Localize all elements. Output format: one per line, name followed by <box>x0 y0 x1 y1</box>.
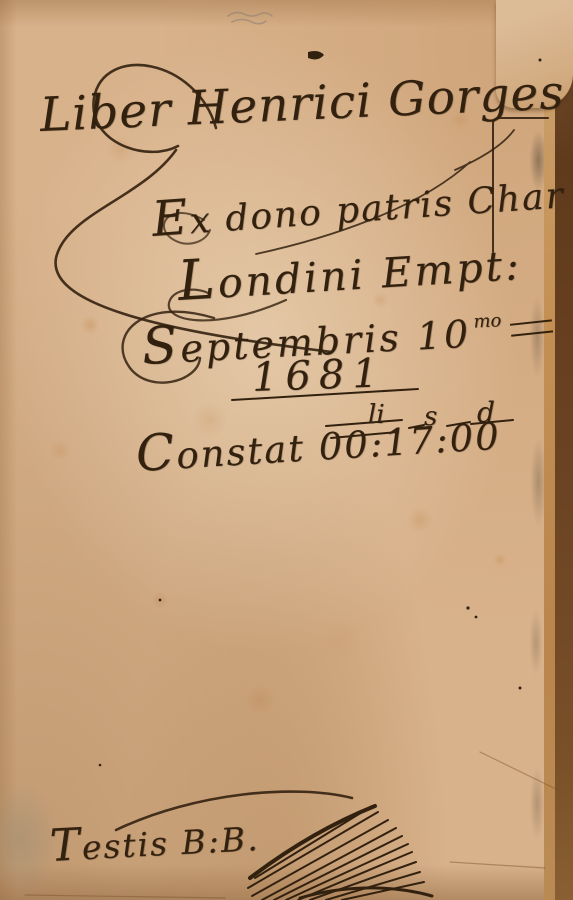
inscription-price-line: Constat 00:17:00 <box>134 408 501 480</box>
inscription-place-line: Londini Empt: <box>176 234 523 310</box>
double-dash-mark <box>510 319 553 336</box>
binding-edge <box>555 0 573 900</box>
witness-signature: Testis B:B. <box>49 813 261 868</box>
date-ordinal-superscript: mo <box>473 310 502 332</box>
pencil-smudge <box>228 12 272 23</box>
manuscript-page: Liber Henrici Gorges Ex dono patris Char… <box>0 0 573 900</box>
hatching-flourish <box>248 806 432 900</box>
inscription-gift-line: Ex dono patris Char <box>150 167 566 244</box>
inscription-owner-line: Liber Henrici Gorges <box>39 69 565 139</box>
inscription-year: 1681 <box>251 353 386 398</box>
